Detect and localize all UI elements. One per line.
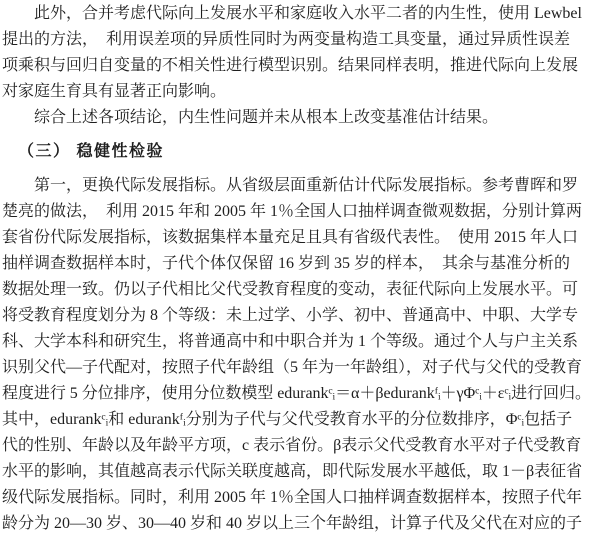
text-line: 楚亮的做法， 利用 2015 年和 2005 年 1％全国人口抽样调查微观数据，…	[2, 199, 591, 225]
text-line: 第一，更换代际发展指标。从省级层面重新估计代际发展指标。参考曹晖和罗	[2, 173, 591, 199]
text-line: 其中，edurankᶜᵢ和 edurankᶠᵢ分别为子代与父代受教育水平的分位数…	[2, 407, 591, 433]
text-line: 套省份代际发展指标，该数据集样本量充足且具有省级代表性。 使用 2015 年人口	[2, 225, 591, 251]
paragraph-robustness-first-check: 第一，更换代际发展指标。从省级层面重新估计代际发展指标。参考曹晖和罗楚亮的做法，…	[2, 173, 591, 535]
text-line: 此外，合并考虑代际向上发展水平和家庭收入水平二者的内生性，使用 Lewbel	[2, 1, 591, 27]
text-line: 抽样调查数据样本时，子代个体仅保留 16 岁到 35 岁的样本， 其余与基准分析…	[2, 251, 591, 277]
paragraph-lewbel-endogeneity: 此外，合并考虑代际向上发展水平和家庭收入水平二者的内生性，使用 Lewbel提出…	[2, 1, 591, 105]
text-line: 科、大学本科和研究生，将普通高中和中职合并为 1 个等级。通过个人与户主关系	[2, 329, 591, 355]
text-line: 程度进行 5 分位排序，使用分位数模型 edurankᶜᵢ＝α＋βedurank…	[2, 381, 591, 407]
text-line: 代的性别、年龄以及年龄平方项，c 表示省份。β表示父代受教育水平对子代受教育	[2, 433, 591, 459]
text-line: 项乘积与回归自变量的不相关性进行模型识别。结果同样表明，推进代际向上发展	[2, 53, 591, 79]
text-line: 对家庭生育具有显著正向影响。	[2, 79, 591, 105]
text-line: 提出的方法， 利用误差项的异质性同时为两变量构造工具变量，通过异质性误差	[2, 27, 591, 53]
text-line: 级代际发展指标。同时，利用 2005 年 1％全国人口抽样调查数据样本，按照子代…	[2, 485, 591, 511]
paragraph-endogeneity-summary: 综合上述各项结论，内生性问题并未从根本上改变基准估计结果。	[2, 105, 591, 131]
text-line: 将受教育程度划分为 8 个等级：未上过学、小学、初中、普通高中、中职、大学专	[2, 303, 591, 329]
text-line: 水平的影响，其值越高表示代际关联度越高，即代际发展水平越低，取 1－β表征省	[2, 459, 591, 485]
text-line: 识别父代—子代配对，按照子代年龄组（5 年为一年龄组），对子代与父代的受教育	[2, 355, 591, 381]
section-heading-robustness-check: （三） 稳健性检验	[2, 139, 591, 165]
text-line: 数据处理一致。仍以子代相比父代受教育程度的变动，表征代际向上发展水平。可	[2, 277, 591, 303]
document-page: 此外，合并考虑代际向上发展水平和家庭收入水平二者的内生性，使用 Lewbel提出…	[0, 0, 593, 535]
text-line: 综合上述各项结论，内生性问题并未从根本上改变基准估计结果。	[2, 105, 591, 131]
text-line: 龄分为 20—30 岁、30—40 岁和 40 岁以上三个年龄组，计算子代及父代…	[2, 511, 591, 535]
page-background: { "page": { "background": "#ffffff", "te…	[0, 0, 593, 535]
